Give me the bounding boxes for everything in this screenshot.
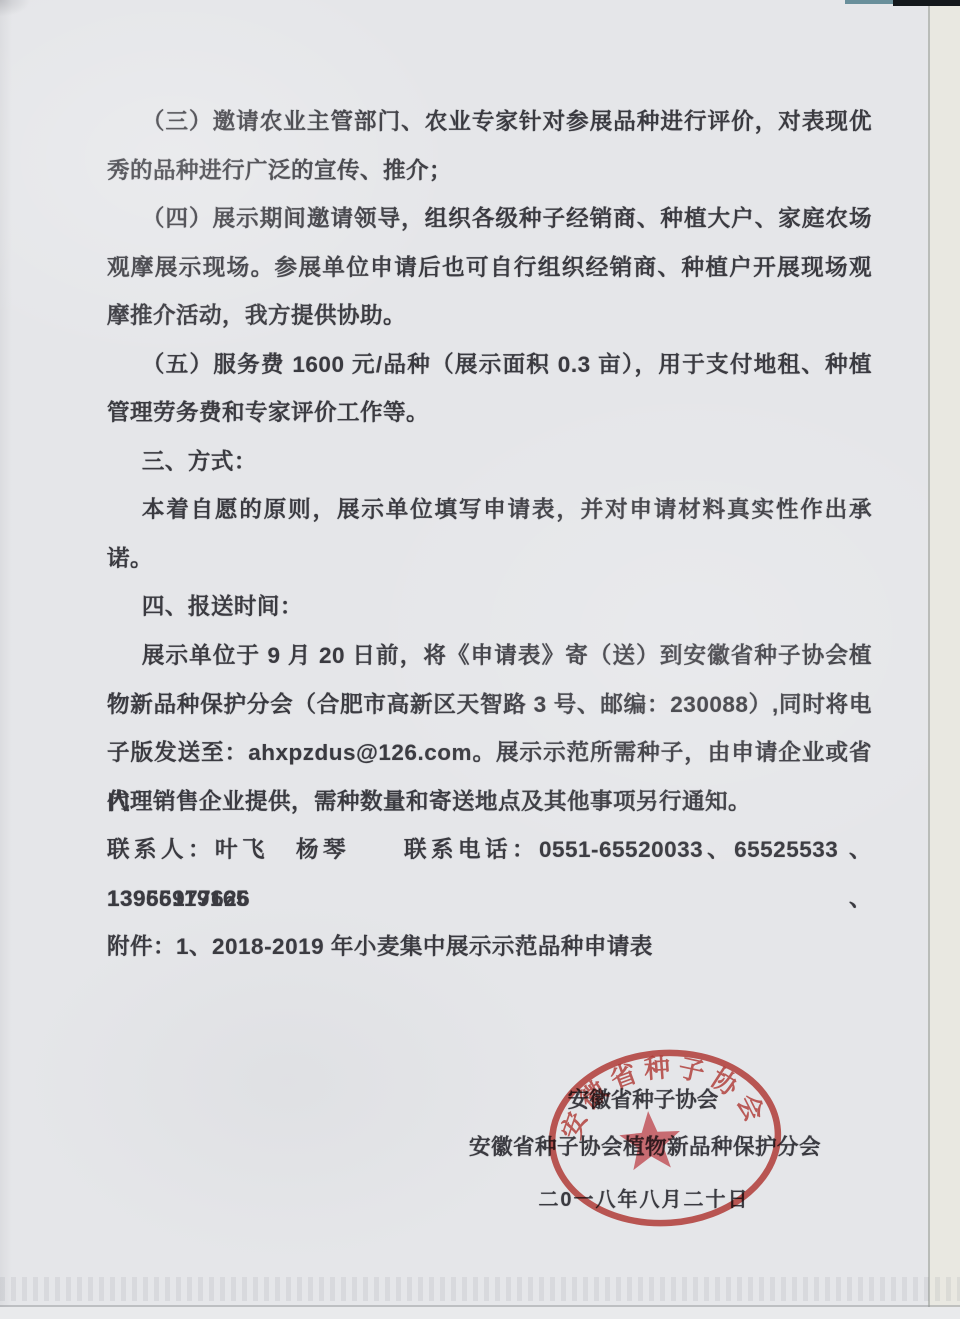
document-body: （三）邀请农业主管部门、农业专家针对参展品种进行评价，对表现优 秀的品种进行广泛… — [107, 98, 872, 972]
document-line: 展示单位于 9 月 20 日前，将《申请表》寄（送）到安徽省种子协会植 — [107, 632, 872, 681]
document-line: 诺。 — [107, 535, 872, 584]
scan-artifact-paper-edge — [928, 3, 930, 1319]
scanned-document-page: （三）邀请农业主管部门、农业专家针对参展品种进行评价，对表现优 秀的品种进行广泛… — [0, 0, 960, 1319]
star-icon — [618, 1109, 683, 1171]
svg-text:安徽省种子协会: 安徽省种子协会 — [551, 1046, 774, 1145]
document-section-heading: 三、方式： — [107, 438, 872, 487]
document-line: 秀的品种进行广泛的宣传、推介； — [107, 147, 872, 196]
document-line: 代理销售企业提供，需种数量和寄送地点及其他事项另行通知。 — [107, 778, 872, 827]
document-line: 观摩展示现场。参展单位申请后也可自行组织经销商、种植户开展现场观 — [107, 244, 872, 293]
official-seal: 安徽省种子协会 — [539, 1040, 791, 1236]
scan-artifact-top-dark — [893, 0, 960, 6]
document-line: 子版发送至：ahxpzdus@126.com。展示示范所需种子，由申请企业或省内 — [107, 729, 872, 778]
document-line: （四）展示期间邀请领导，组织各级种子经销商、种植大户、家庭农场 — [107, 195, 872, 244]
scan-artifact-perforation-band — [0, 1277, 960, 1301]
document-line: （三）邀请农业主管部门、农业专家针对参展品种进行评价，对表现优 — [107, 98, 872, 147]
scan-artifact-bottom-strip — [0, 1307, 960, 1319]
document-line: 摩推介活动，我方提供协助。 — [107, 292, 872, 341]
document-line: 管理劳务费和专家评价工作等。 — [107, 389, 872, 438]
document-line: 本着自愿的原则，展示单位填写申请表，并对申请材料真实性作出承 — [107, 486, 872, 535]
attachment-line: 附件：1、2018-2019 年小麦集中展示示范品种申请表 — [107, 923, 872, 972]
document-section-heading: 四、报送时间： — [107, 583, 872, 632]
scan-artifact-corner-smudge — [0, 0, 40, 22]
scan-artifact-right-strip — [930, 0, 960, 1319]
document-line: （五）服务费 1600 元/品种（展示面积 0.3 亩），用于支付地租、种植 — [107, 341, 872, 390]
scan-artifact-top-teal — [845, 0, 897, 4]
seal-arc-text: 安徽省种子协会 — [551, 1046, 774, 1145]
document-line: 物新品种保护分会（合肥市高新区天智路 3 号、邮编：230088）,同时将电 — [107, 681, 872, 730]
contact-info-line: 联系人：叶飞 杨琴 联系电话：0551-65520033、65525533 、1… — [107, 826, 872, 875]
